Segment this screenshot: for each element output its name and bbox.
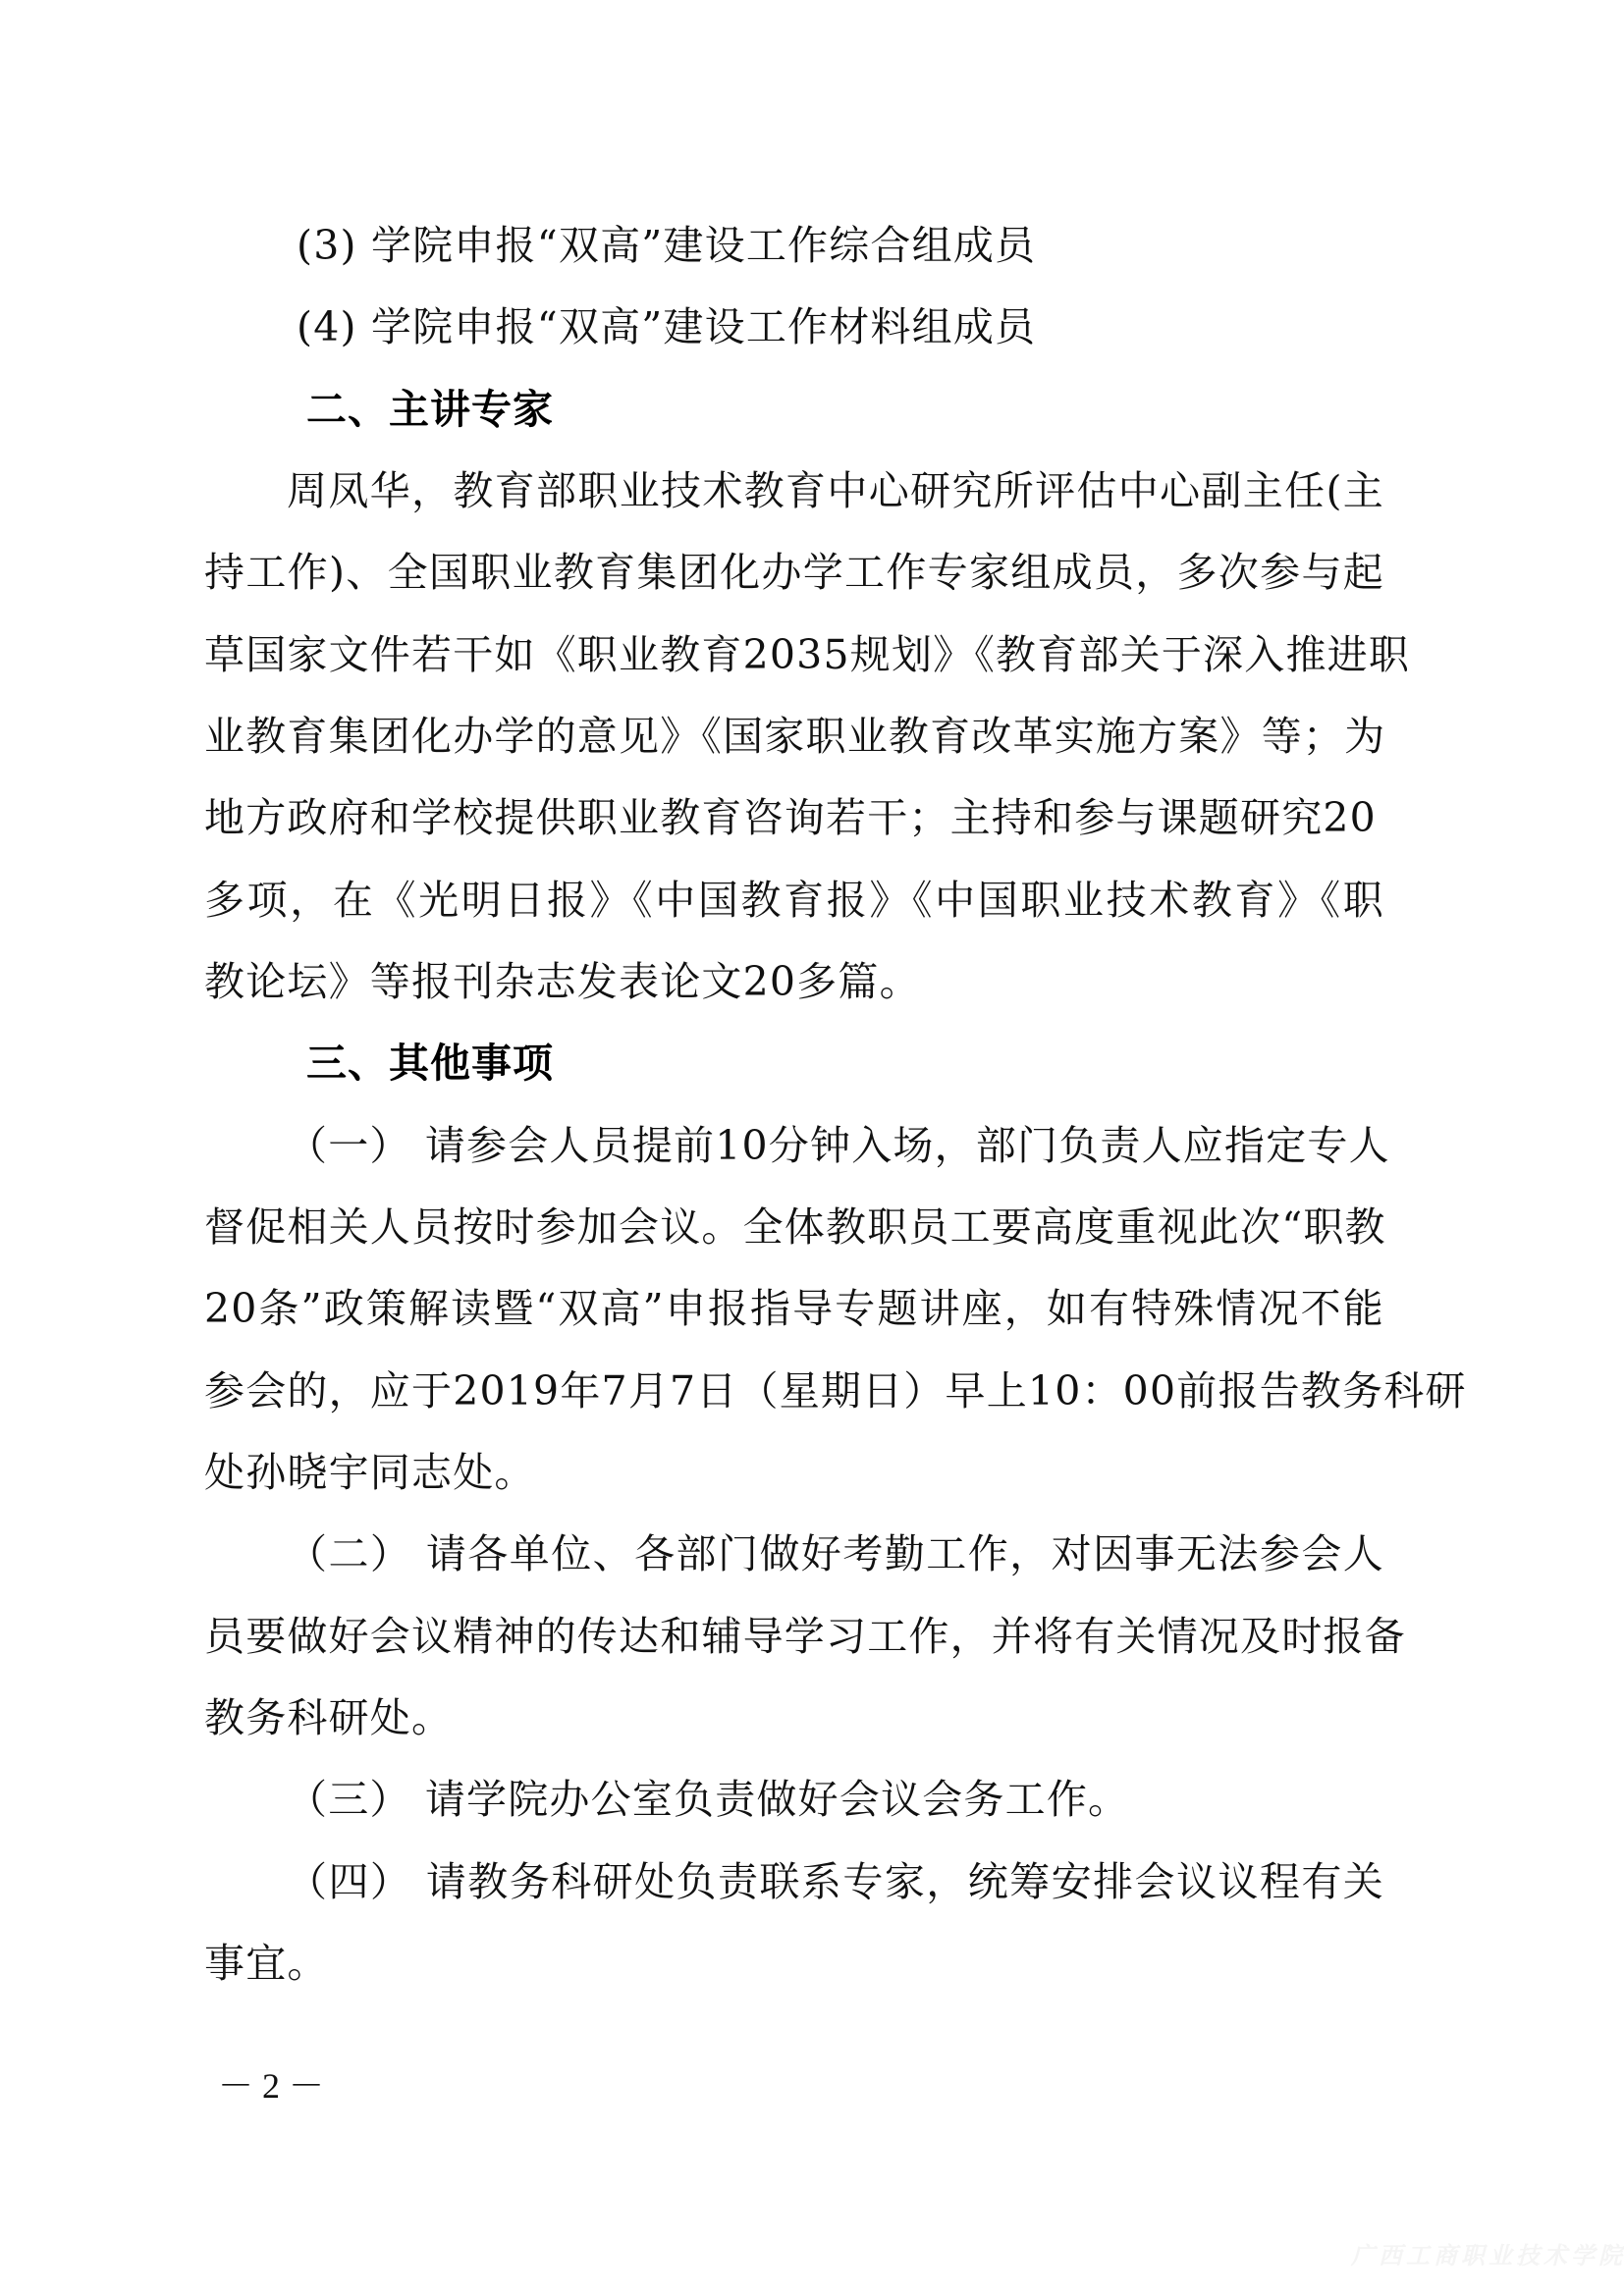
item-2-line-last: 教务科研处。 <box>204 1688 453 1747</box>
list-item-3: (3) 学院申报“双高”建设工作综合组成员 <box>297 216 1036 275</box>
section-heading-other-matters: 三、其他事项 <box>306 1034 554 1093</box>
paragraph-line-last: 教论坛》等报刊杂志发表论文20多篇。 <box>204 952 921 1011</box>
paragraph-line: 周凤华，教育部职业技术教育中心研究所评估中心副主任(主 <box>287 461 1384 520</box>
page-number: － 2 － <box>218 2061 324 2110</box>
item-4-line: （四） 请教务科研处负责联系专家，统筹安排会议议程有关 <box>287 1852 1384 1911</box>
paragraph-line: 多项，在《光明日报》《中国教育报》《中国职业技术教育》《职 <box>204 871 1384 930</box>
paragraph-line: 持工作)、全国职业教育集团化办学工作专家组成员，多次参与起 <box>204 543 1384 602</box>
item-1-line: 督促相关人员按时参加会议。全体教职员工要高度重视此次“职教 <box>204 1198 1384 1256</box>
paragraph-line: 业教育集团化办学的意见》《国家职业教育改革实施方案》等；为 <box>204 707 1384 766</box>
item-2-line: 员要做好会议精神的传达和辅导学习工作，并将有关情况及时报备 <box>204 1607 1384 1666</box>
list-item-4: (4) 学院申报“双高”建设工作材料组成员 <box>297 297 1036 356</box>
item-1-line-last: 处孙晓宇同志处。 <box>204 1443 536 1502</box>
paragraph-line: 草国家文件若干如《职业教育2035规划》《教育部关于深入推进职 <box>204 625 1384 684</box>
item-1-line: 参会的，应于2019年7月7日（星期日）早上10：00前报告教务科研 <box>204 1362 1384 1420</box>
section-heading-experts: 二、主讲专家 <box>306 380 554 439</box>
watermark-logo: 广西工商职业技术学院 <box>1351 2236 1624 2270</box>
item-1-line: 20条”政策解读暨“双高”申报指导专题讲座，如有特殊情况不能 <box>204 1279 1384 1338</box>
document-page: (3) 学院申报“双高”建设工作综合组成员 (4) 学院申报“双高”建设工作材料… <box>0 0 1624 2296</box>
item-2-line: （二） 请各单位、各部门做好考勤工作，对因事无法参会人 <box>287 1524 1384 1583</box>
item-4-line-last: 事宜。 <box>204 1934 329 1993</box>
item-3-line: （三） 请学院办公室负责做好会议会务工作。 <box>287 1770 1129 1829</box>
item-1-line: （一） 请参会人员提前10分钟入场，部门负责人应指定专人 <box>287 1116 1384 1175</box>
paragraph-line: 地方政府和学校提供职业教育咨询若干；主持和参与课题研究20 <box>204 788 1373 847</box>
